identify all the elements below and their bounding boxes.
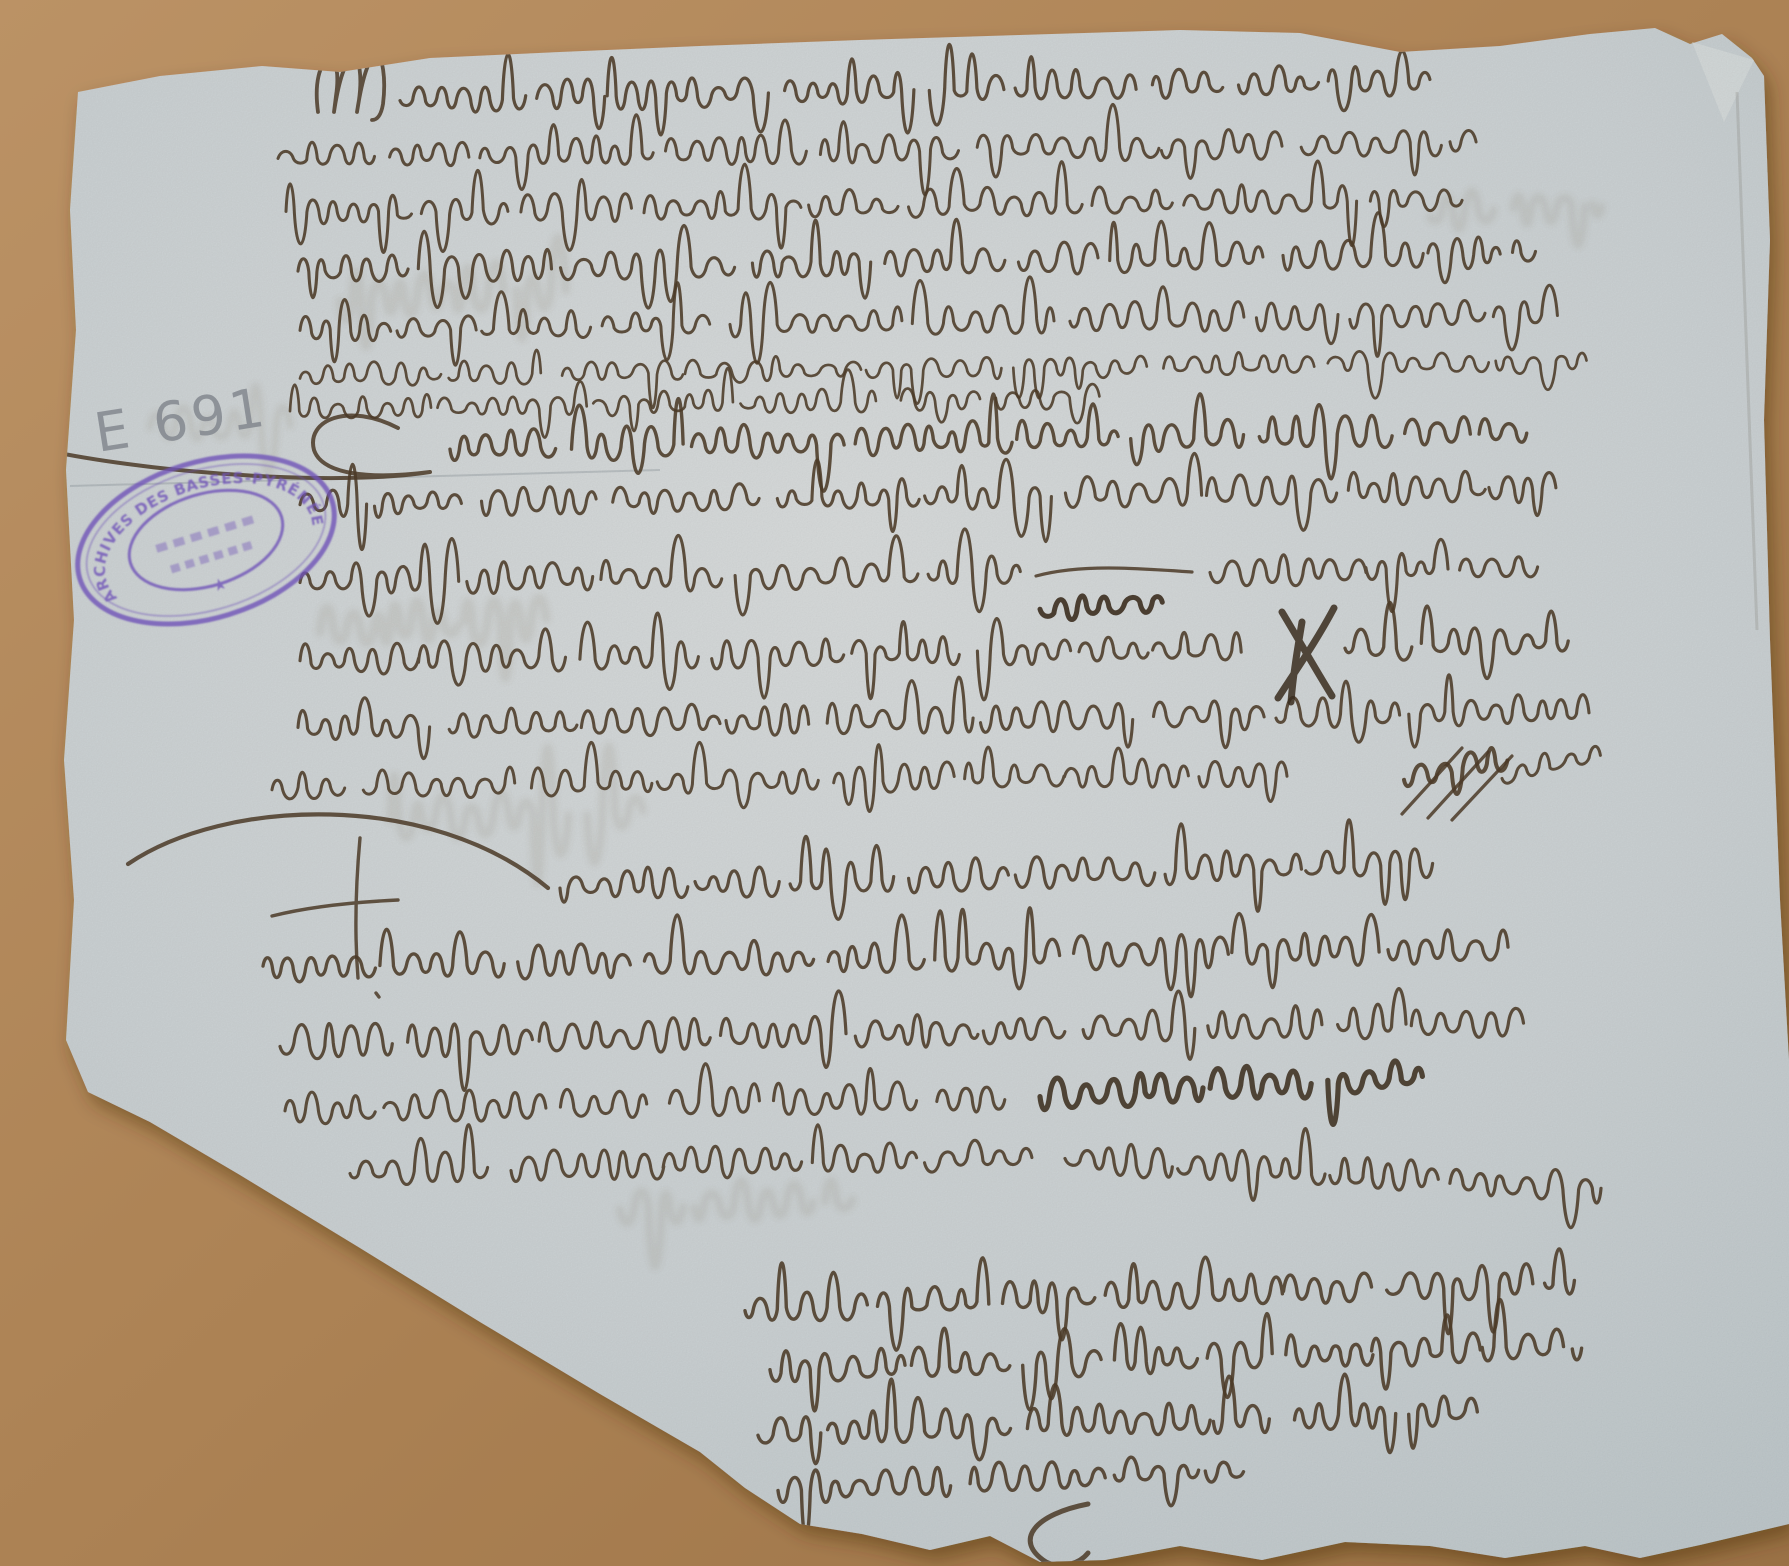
manuscript-photo: ARCHIVES DES BASSES-PYRÉNÉES ★ E 691 bbox=[0, 0, 1789, 1566]
document-canvas: ARCHIVES DES BASSES-PYRÉNÉES ★ E 691 bbox=[0, 0, 1789, 1566]
